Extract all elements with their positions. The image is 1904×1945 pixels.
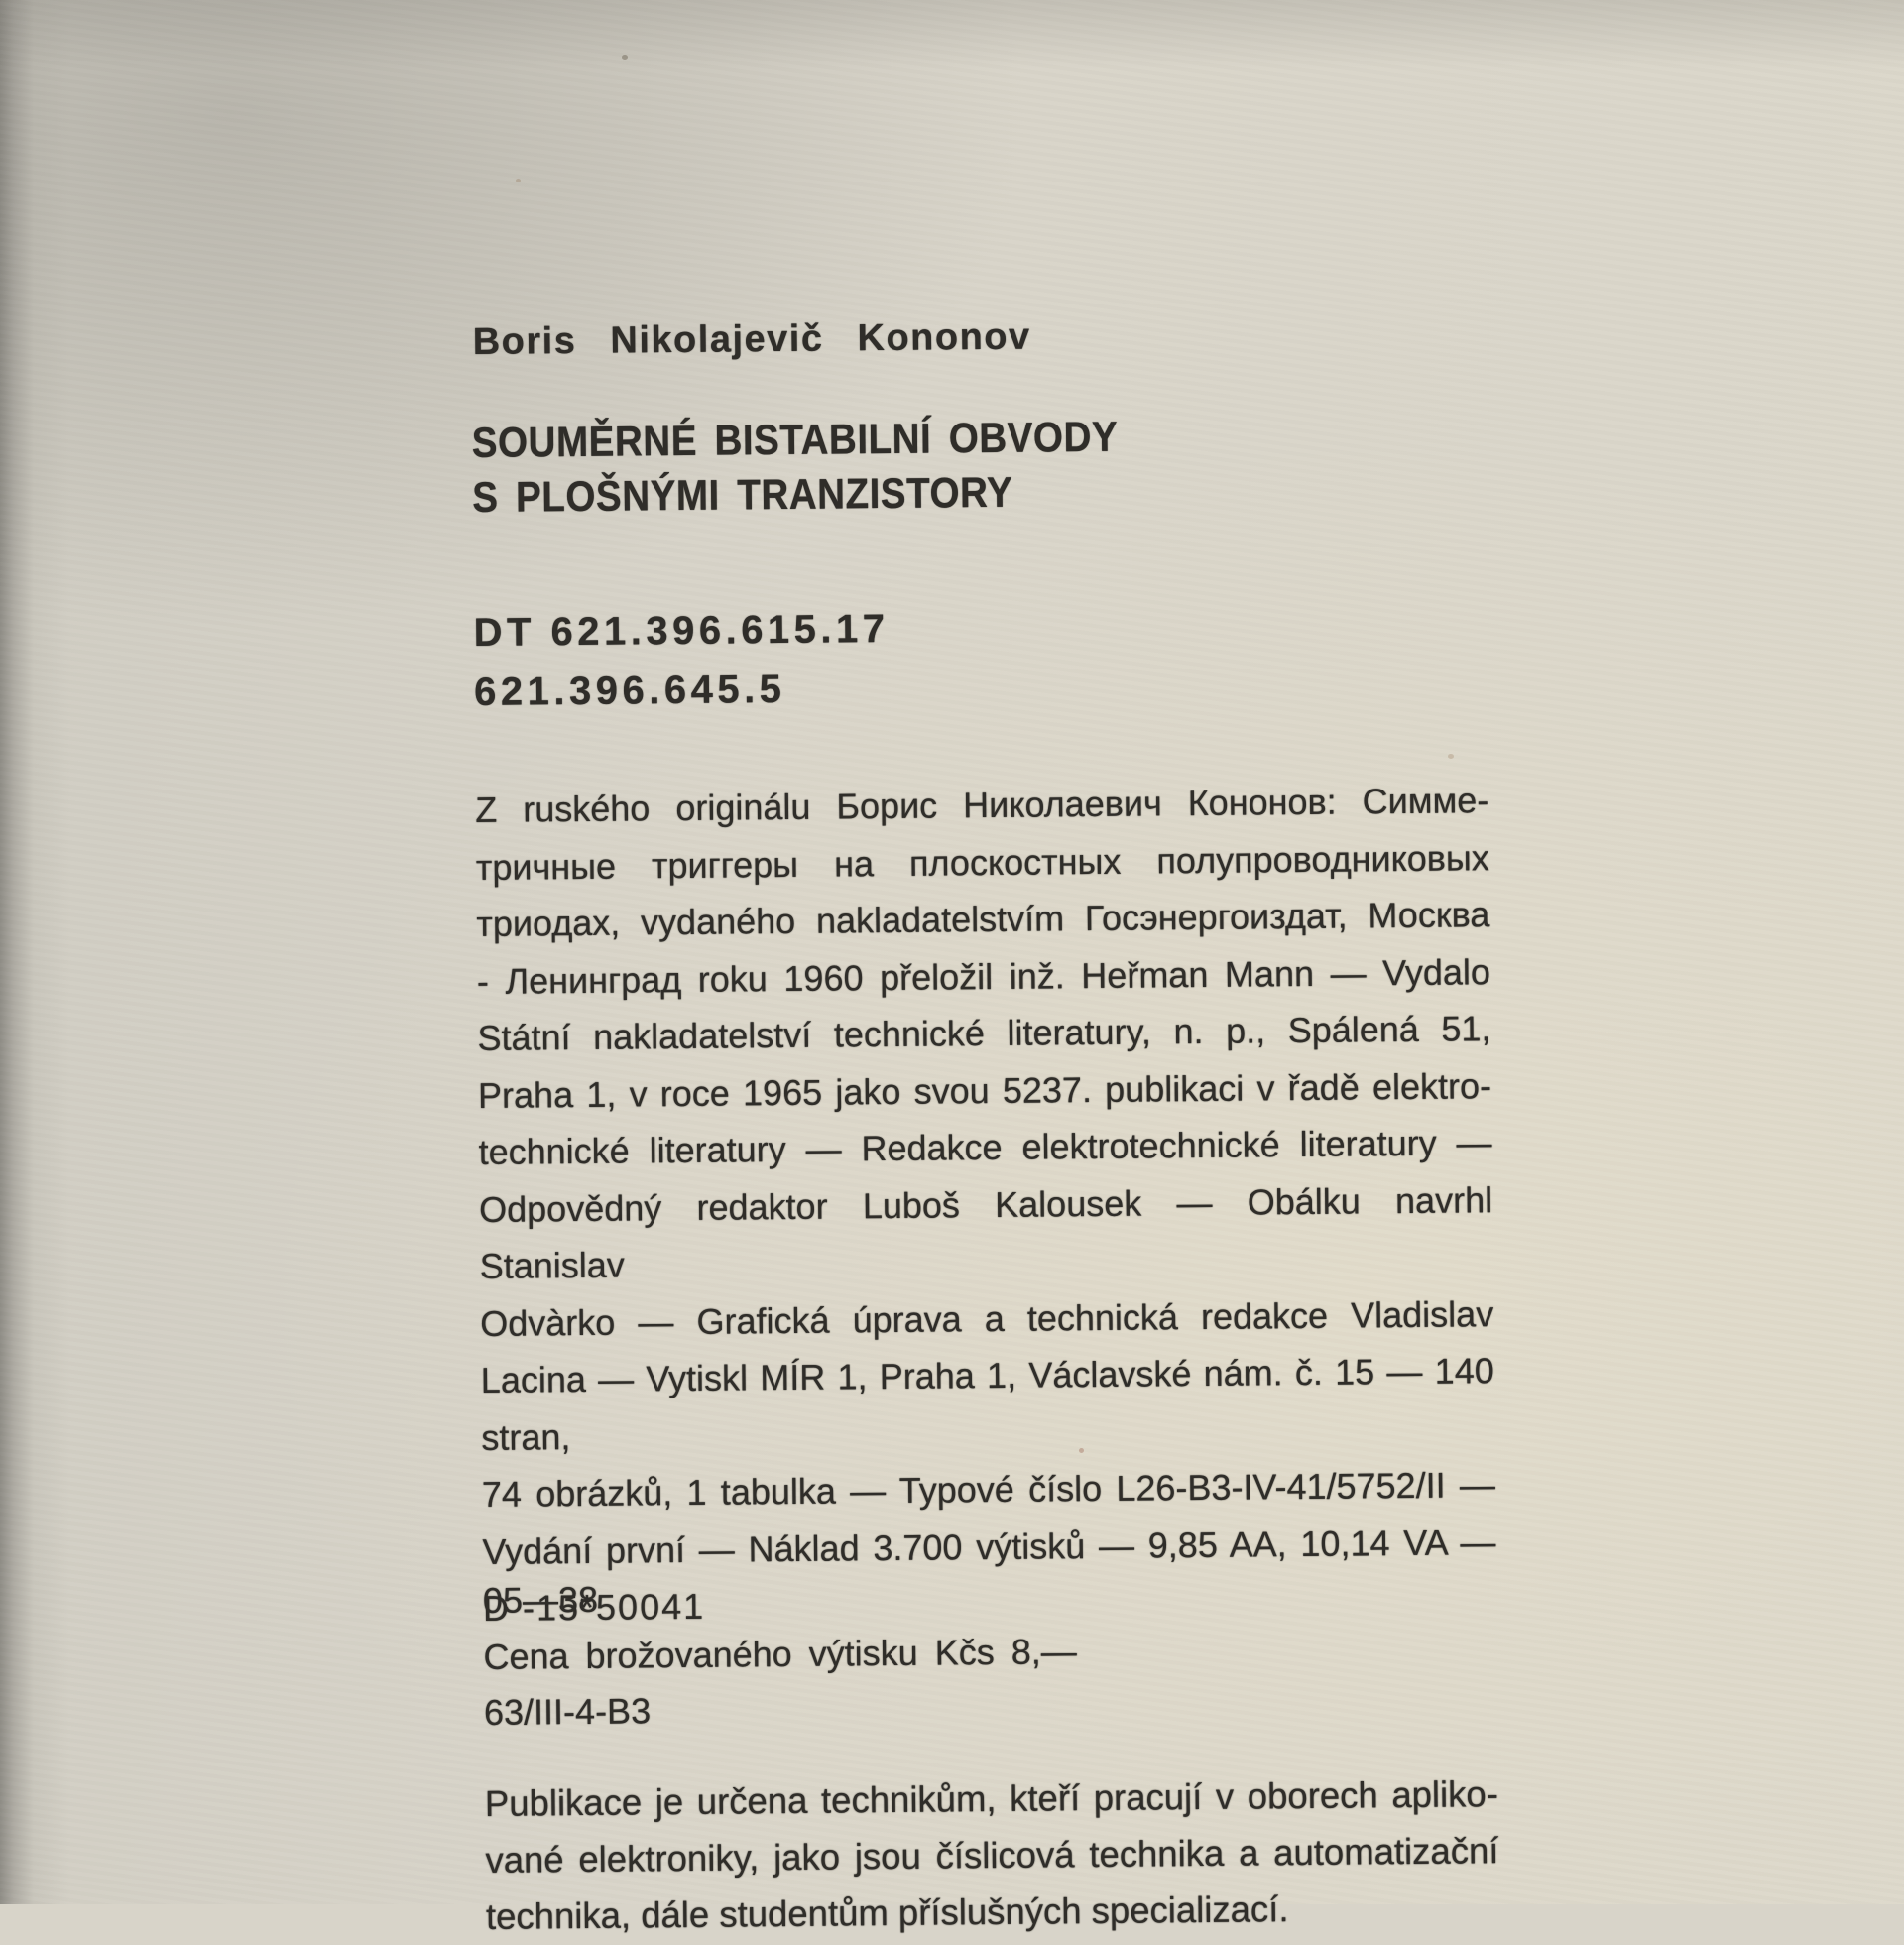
- udc-number-1: DT 621.396.615.17: [473, 599, 890, 663]
- imprint-line: Praha 1, v roce 1965 jako svou 5237. pub…: [478, 1057, 1492, 1124]
- udc-number-2: 621.396.645.5: [474, 659, 891, 722]
- paper-speck: [516, 179, 521, 182]
- imprint-paragraph: Z ruského originálu Борис Николаевич Кон…: [475, 772, 1496, 1637]
- price-line: Cena brožovaného výtisku Kčs 8,—: [483, 1624, 1077, 1685]
- imprint-line: Státní nakladatelství technické literatu…: [477, 1000, 1491, 1066]
- edition-codes-block: 05—38 Cena brožovaného výtisku Kčs 8,— 6…: [483, 1567, 1078, 1741]
- imprint-line: Z ruského originálu Борис Николаевич Кон…: [475, 772, 1489, 838]
- author-line: Boris Nikolajevič Kononov: [473, 316, 1031, 364]
- annotation-paragraph: Publikace je určena technikům, kteří pra…: [485, 1765, 1500, 1904]
- book-title-line-1: SOUMĚRNÉ BISTABILNÍ OBVODY: [471, 411, 1118, 471]
- catalog-code-line: 63/III-4-B3: [484, 1679, 1078, 1741]
- imprint-line: Lacina — Vytiskl MÍR 1, Praha 1, Václavs…: [481, 1342, 1495, 1466]
- annotation-line: vané elektroniky, jako jsou číslicová te…: [485, 1822, 1499, 1888]
- book-title-line-2: S PLOŠNÝMI TRANZISTORY: [472, 465, 1119, 526]
- imprint-line: - Ленинград roku 1960 přeložil inž. Heřm…: [477, 943, 1491, 1010]
- imprint-line: триодах, vydaného nakladatelstvím Госэне…: [476, 886, 1490, 952]
- imprint-line: Odpovědný redaktor Luboš Kalousek — Obál…: [479, 1171, 1493, 1295]
- annotation-line: Publikace je určena technikům, kteří pra…: [485, 1765, 1499, 1832]
- book-page-photo: Boris Nikolajevič Kononov SOUMĚRNÉ BISTA…: [0, 0, 1904, 1904]
- udc-classification: DT 621.396.615.17 621.396.645.5: [473, 599, 890, 722]
- imprint-line: technické literatury — Redakce elektrote…: [478, 1114, 1492, 1180]
- imprint-line: Odvàrko — Grafická úprava a technická re…: [480, 1285, 1494, 1352]
- edition-code-line: 05—38: [483, 1567, 1077, 1629]
- book-title: SOUMĚRNÉ BISTABILNÍ OBVODY S PLOŠNÝMI TR…: [471, 411, 1118, 526]
- imprint-line: 74 obrázků, 1 tabulka — Typové číslo L26…: [482, 1456, 1496, 1522]
- paper-speck: [1448, 754, 1454, 759]
- paper-speck: [622, 55, 628, 60]
- imprint-line: тричные триггеры на плоскостных полупров…: [476, 829, 1490, 896]
